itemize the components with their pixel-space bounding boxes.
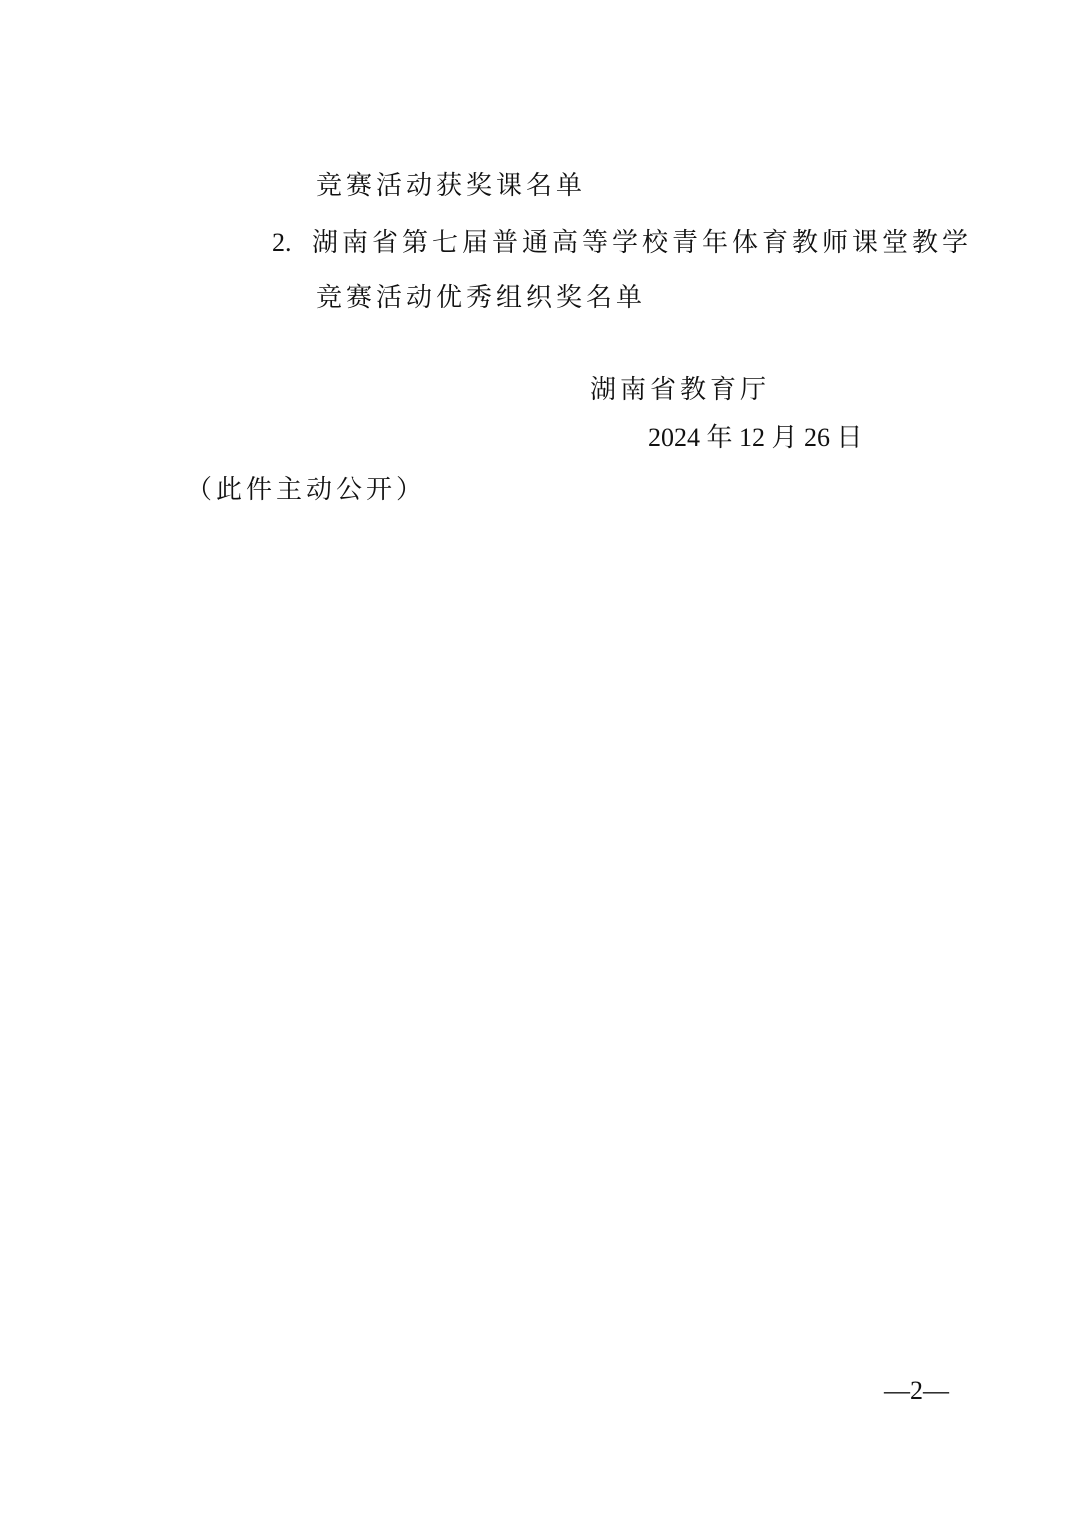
disclosure-note: （此件主动公开）	[186, 470, 426, 510]
attachment-2-title-line2: 竞赛活动优秀组织奖名单	[316, 278, 646, 318]
attachment-2-number: 2.	[272, 223, 292, 263]
issue-date: 2024 年 12 月 26 日	[648, 418, 863, 458]
attachment-1-title-continuation: 竞赛活动获奖课名单	[316, 166, 586, 206]
attachment-2-title-line1: 湖南省第七届普通高等学校青年体育教师课堂教学	[312, 223, 972, 263]
page-number: —2—	[884, 1371, 949, 1411]
issuer-name: 湖南省教育厅	[590, 370, 770, 410]
